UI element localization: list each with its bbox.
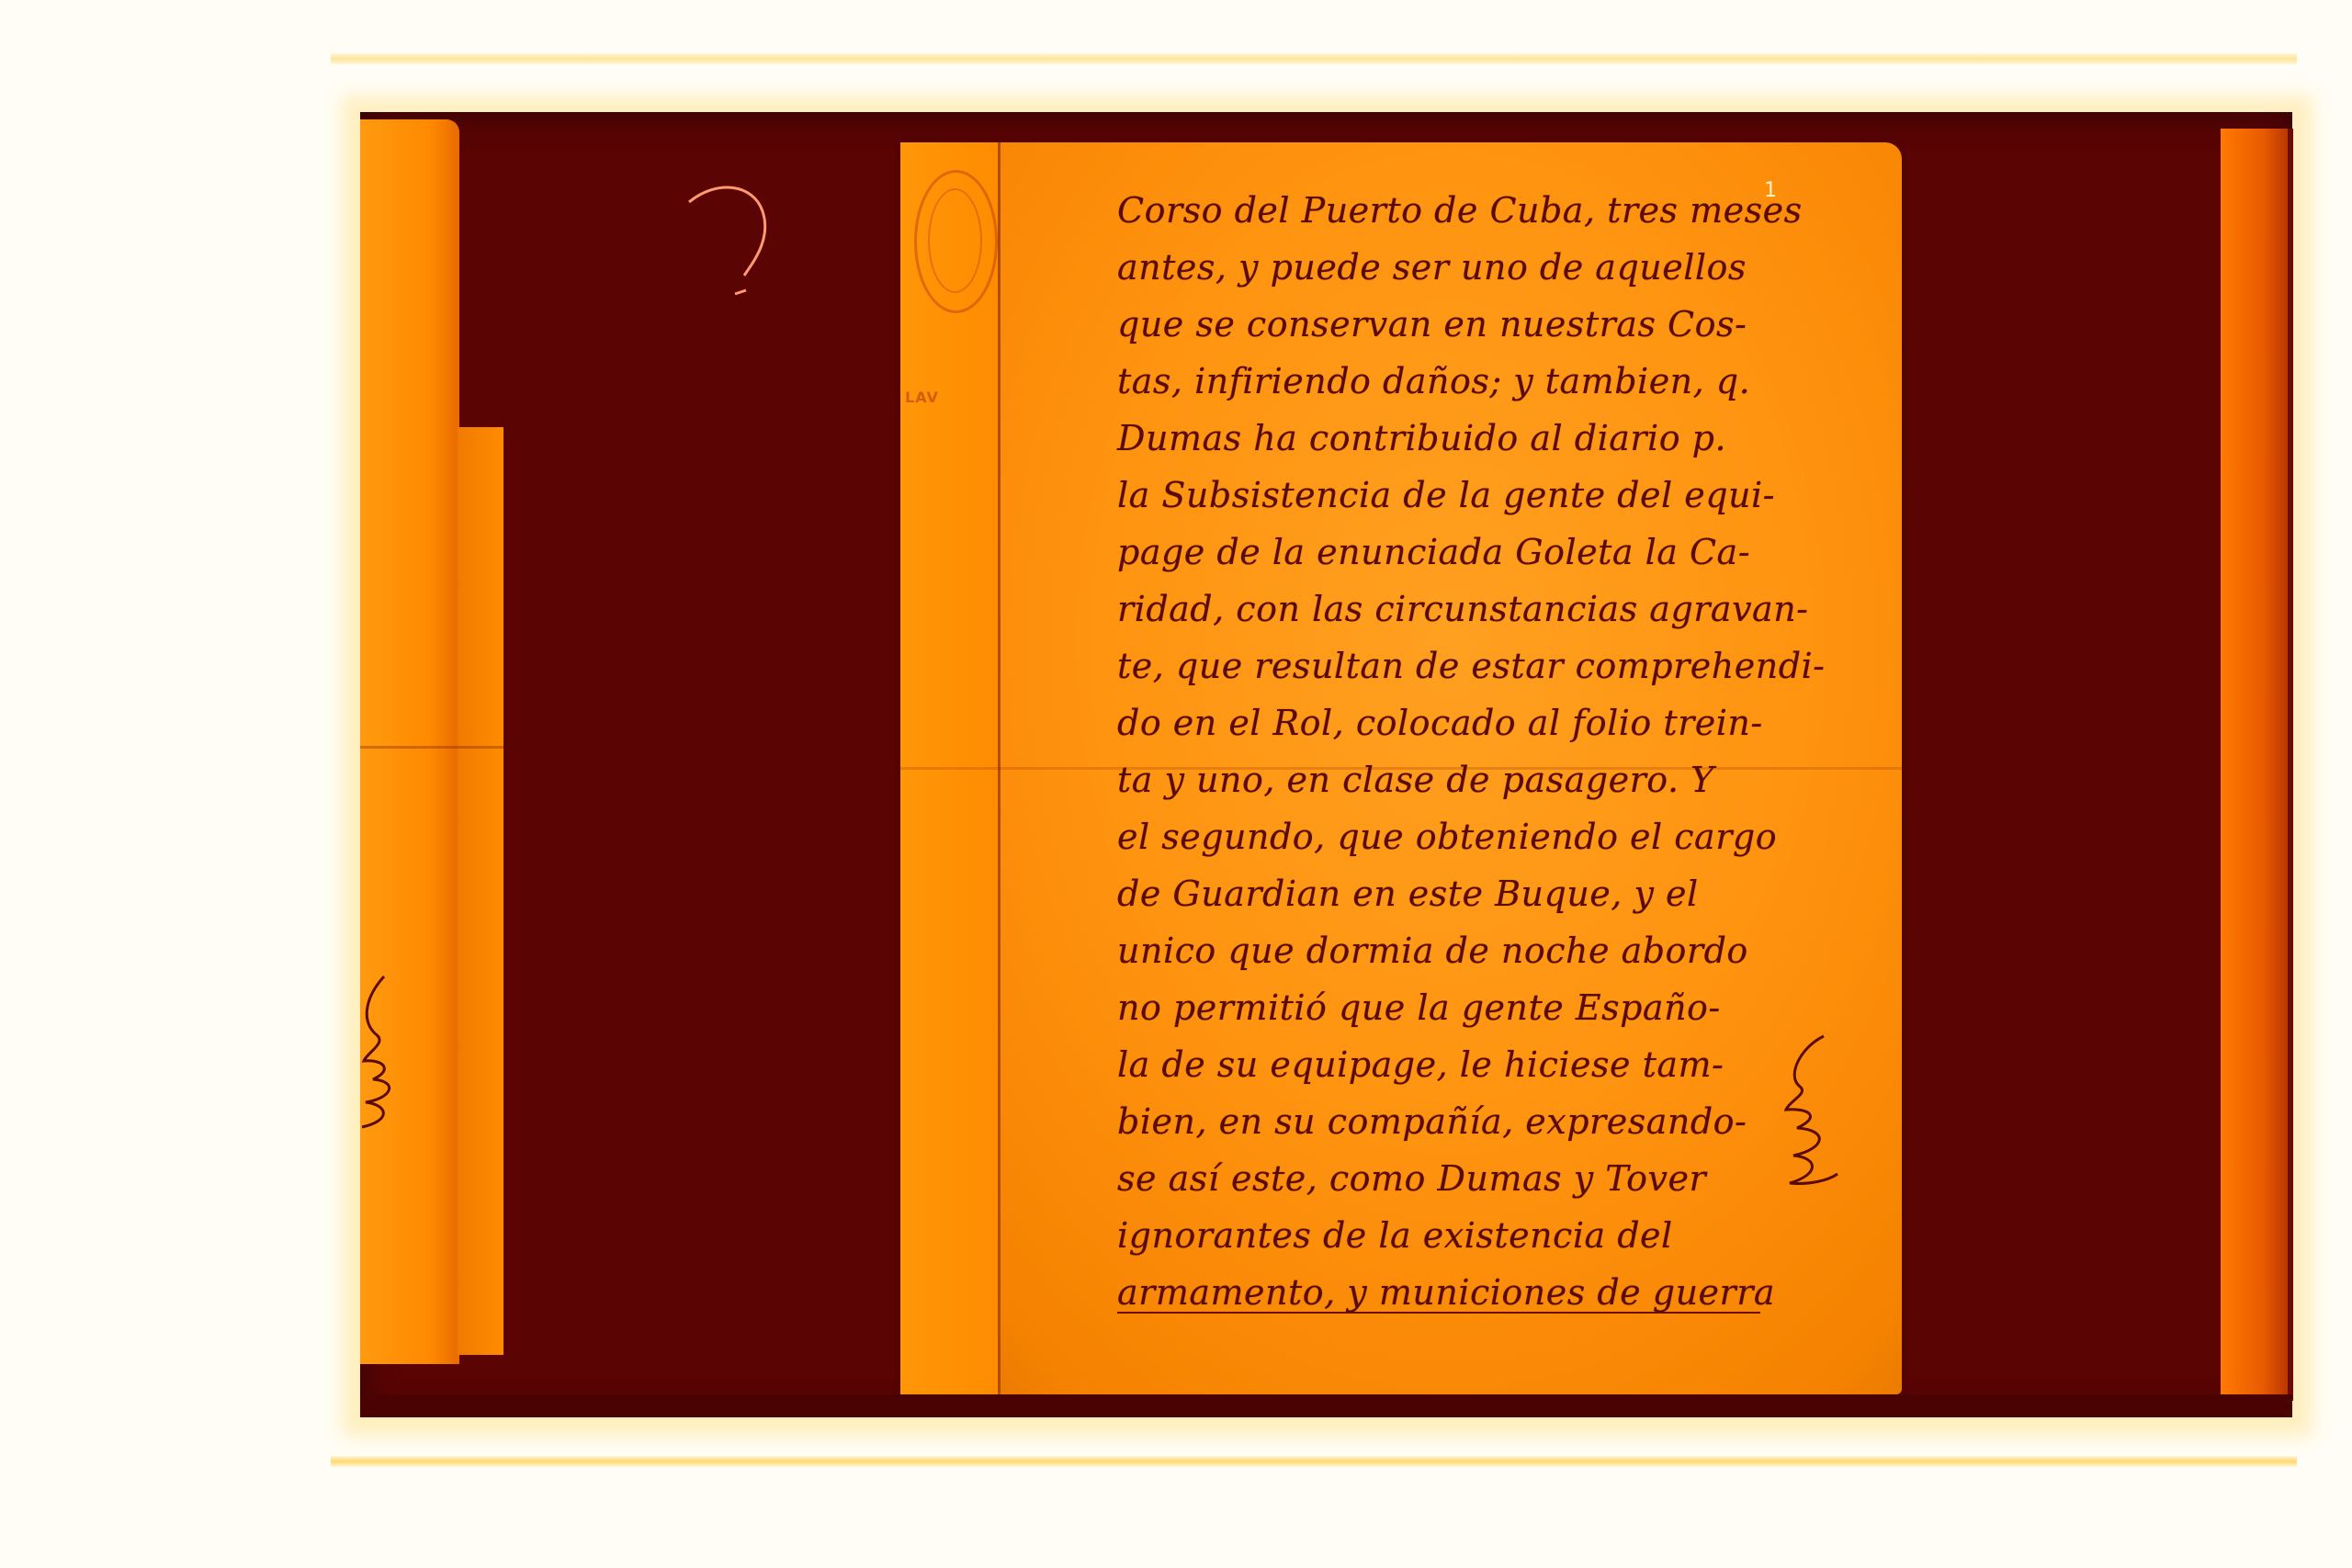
manuscript-line: se así este, como Dumas y Tover xyxy=(1117,1150,1815,1207)
manuscript-line: ignorantes de la existencia del xyxy=(1117,1207,1815,1264)
manuscript-line: que se conservan en nuestras Cos- xyxy=(1117,296,1815,353)
manuscript-line: no permitió que la gente Españo- xyxy=(1117,979,1815,1036)
manuscript-text: Corso del Puerto de Cuba, tres meses ant… xyxy=(1117,182,1815,1321)
manuscript-line: de Guardian en este Buque, y el xyxy=(1117,865,1815,922)
manuscript-line: page de la enunciada Goleta la Ca- xyxy=(1117,524,1815,581)
left-paraph-flourish-icon xyxy=(356,969,412,1134)
stamp-partial-label: LAV xyxy=(905,389,939,406)
right-page-fragment xyxy=(2221,129,2292,1401)
closing-underline xyxy=(1117,1312,1760,1314)
left-page-fold xyxy=(360,746,503,749)
manuscript-line: do en el Rol, colocado al folio trein- xyxy=(1117,694,1815,751)
slide-border-bottom xyxy=(331,1456,2297,1467)
manuscript-line: unico que dormia de noche abordo xyxy=(1117,922,1815,979)
dust-scratch-icon xyxy=(680,175,790,303)
manuscript-line: ridad, con las circunstancias agravan- xyxy=(1117,581,1815,637)
left-page-fragment xyxy=(360,119,459,1364)
manuscript-line: ta y uno, en clase de pasagero. Y xyxy=(1117,751,1815,808)
right-page-edge xyxy=(2288,129,2293,1401)
slide-border-top xyxy=(331,53,2297,64)
manuscript-line: te, que resultan de estar comprehendi- xyxy=(1117,637,1815,694)
manuscript-line: Dumas ha contribuido al diario p. xyxy=(1117,410,1815,467)
manuscript-line: bien, en su compañía, expresando- xyxy=(1117,1093,1815,1150)
left-page-underlayer xyxy=(458,427,503,1355)
manuscript-line: el segundo, que obteniendo el cargo xyxy=(1117,808,1815,865)
seal-stamp-inner-ring xyxy=(928,188,982,293)
right-paraph-flourish-icon xyxy=(1773,1029,1847,1194)
manuscript-line: tas, infiriendo daños; y tambien, q. xyxy=(1117,353,1815,410)
manuscript-line: antes, y puede ser uno de aquellos xyxy=(1117,239,1815,296)
manuscript-line: la de su equipage, le hiciese tam- xyxy=(1117,1036,1815,1093)
manuscript-line: la Subsistencia de la gente del equi- xyxy=(1117,467,1815,524)
manuscript-line: Corso del Puerto de Cuba, tres meses xyxy=(1117,182,1815,239)
film-bottom-band xyxy=(360,1394,2292,1417)
